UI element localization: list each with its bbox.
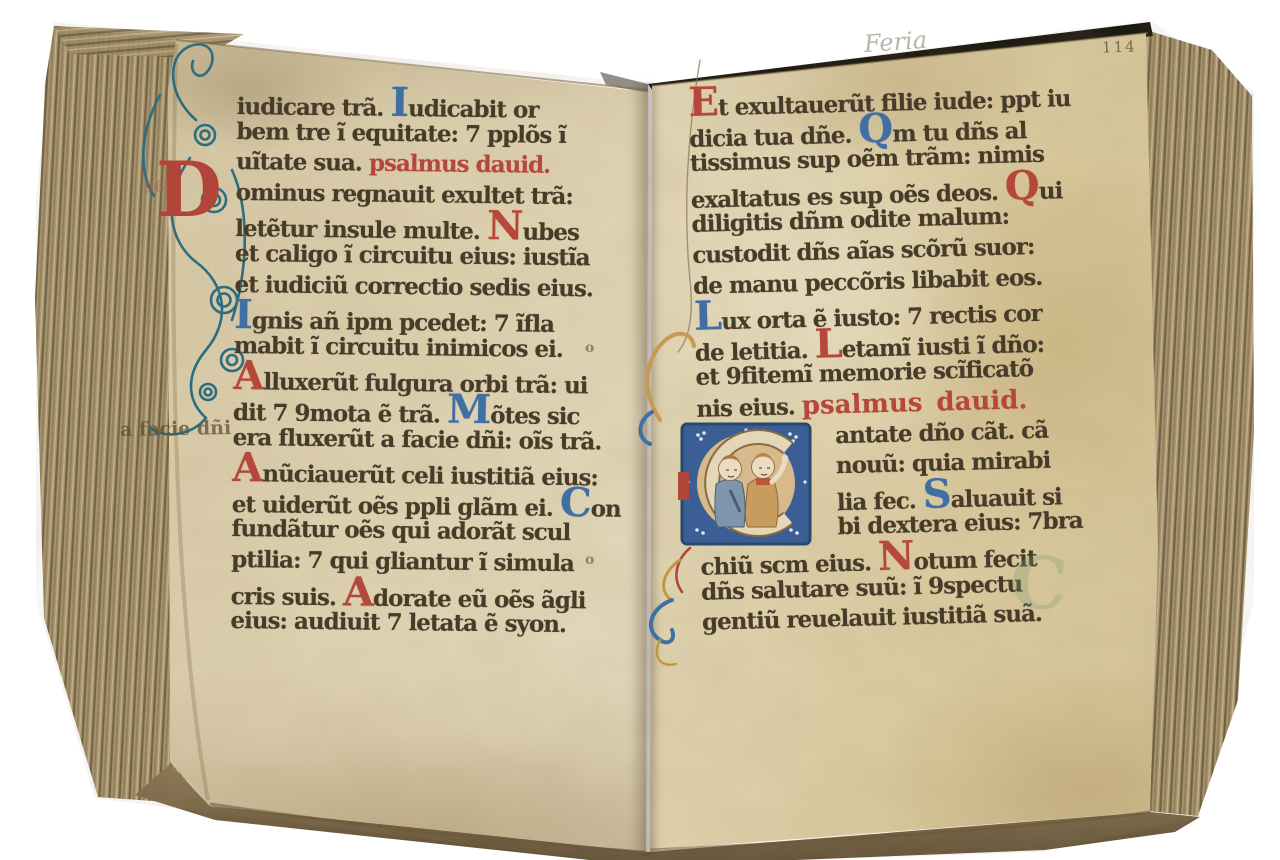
- text-run: et iudiciũ correctio sedis eius.: [234, 271, 593, 302]
- manuscript-photo: D: [0, 0, 1280, 860]
- initial-d-letter: D: [156, 145, 222, 234]
- text-run: era fluxerũt a facie dñi: oĩs trã.: [233, 424, 602, 456]
- text-line: et iudiciũ correctio sedis eius.: [234, 270, 634, 305]
- left-page-text: iudicare trã. Iudicabit orbem tre ĩ equi…: [230, 86, 637, 642]
- folio-number: 114: [1102, 37, 1137, 56]
- text-line: et caligo ĩ circuitu eius: iustĩa: [235, 239, 635, 274]
- text-line: iudicare trã. Iudicabit or: [237, 86, 637, 121]
- text-run: bi dextera eius: 7bra: [837, 507, 1083, 540]
- text-run: mabit ĩ circuitu inimicos ei.: [234, 332, 563, 363]
- text-line: cris suis. Adorate eũ oẽs ãgli: [231, 575, 631, 610]
- text-line: letẽtur insule multe. Nubes: [235, 208, 635, 243]
- text-run: on: [590, 495, 620, 522]
- text-run: ui: [1038, 177, 1062, 205]
- text-line: Alluxerũt fulgura orbi trã: ui: [233, 361, 633, 396]
- text-run: eius: audiuit 7 letata ẽ syon.: [230, 607, 566, 638]
- text-line: et uiderũt oẽs ppli glãm ei. Con: [232, 484, 632, 519]
- text-line: Ignis añ ipm pcedet: 7 ĩfla: [234, 300, 634, 335]
- text-line: mabit ĩ circuitu inimicos ei.: [234, 331, 634, 366]
- rubric: psalmus dauid.: [801, 385, 1027, 421]
- text-run: nis eius.: [696, 393, 802, 423]
- margin-correction-note: a facie dñi: [120, 417, 232, 441]
- stray-mark: o: [585, 552, 594, 568]
- text-line: era fluxerũt a facie dñi: oĩs trã.: [233, 423, 633, 458]
- text-run: bem tre ĩ equitate: 7 pplõs ĩ: [236, 118, 566, 149]
- text-run: ptilia: 7 qui gliantur ĩ simula: [231, 546, 574, 577]
- text-line: ptilia: 7 qui gliantur ĩ simula: [231, 545, 631, 580]
- initial-d-flourish: [143, 44, 244, 434]
- top-inscription: Feria: [863, 26, 928, 58]
- versal-initial: Q: [1004, 162, 1039, 210]
- text-line: ominus regnauit exultet trã:: [236, 178, 636, 213]
- text-run: fundãtur oẽs qui adorãt scul: [231, 515, 570, 546]
- margin-psalm-number: 96: [144, 178, 165, 197]
- text-run: et caligo ĩ circuitu eius: iustĩa: [235, 240, 590, 271]
- text-line: uĩtate sua. psalmus dauid.: [236, 147, 636, 182]
- text-line: dit 7 9mota ẽ trã. Mõtes sic: [233, 392, 633, 427]
- rubric: psalmus dauid.: [369, 150, 551, 179]
- text-line: bem tre ĩ equitate: 7 pplõs ĩ: [236, 117, 636, 152]
- stray-mark: o: [585, 340, 594, 356]
- text-run: uĩtate sua.: [236, 148, 369, 177]
- initial-c-red-clasp: [678, 472, 689, 500]
- text-run: antate dño cãt. cã: [835, 416, 1049, 449]
- ink-offset-ghost-letter: C: [1007, 538, 1070, 627]
